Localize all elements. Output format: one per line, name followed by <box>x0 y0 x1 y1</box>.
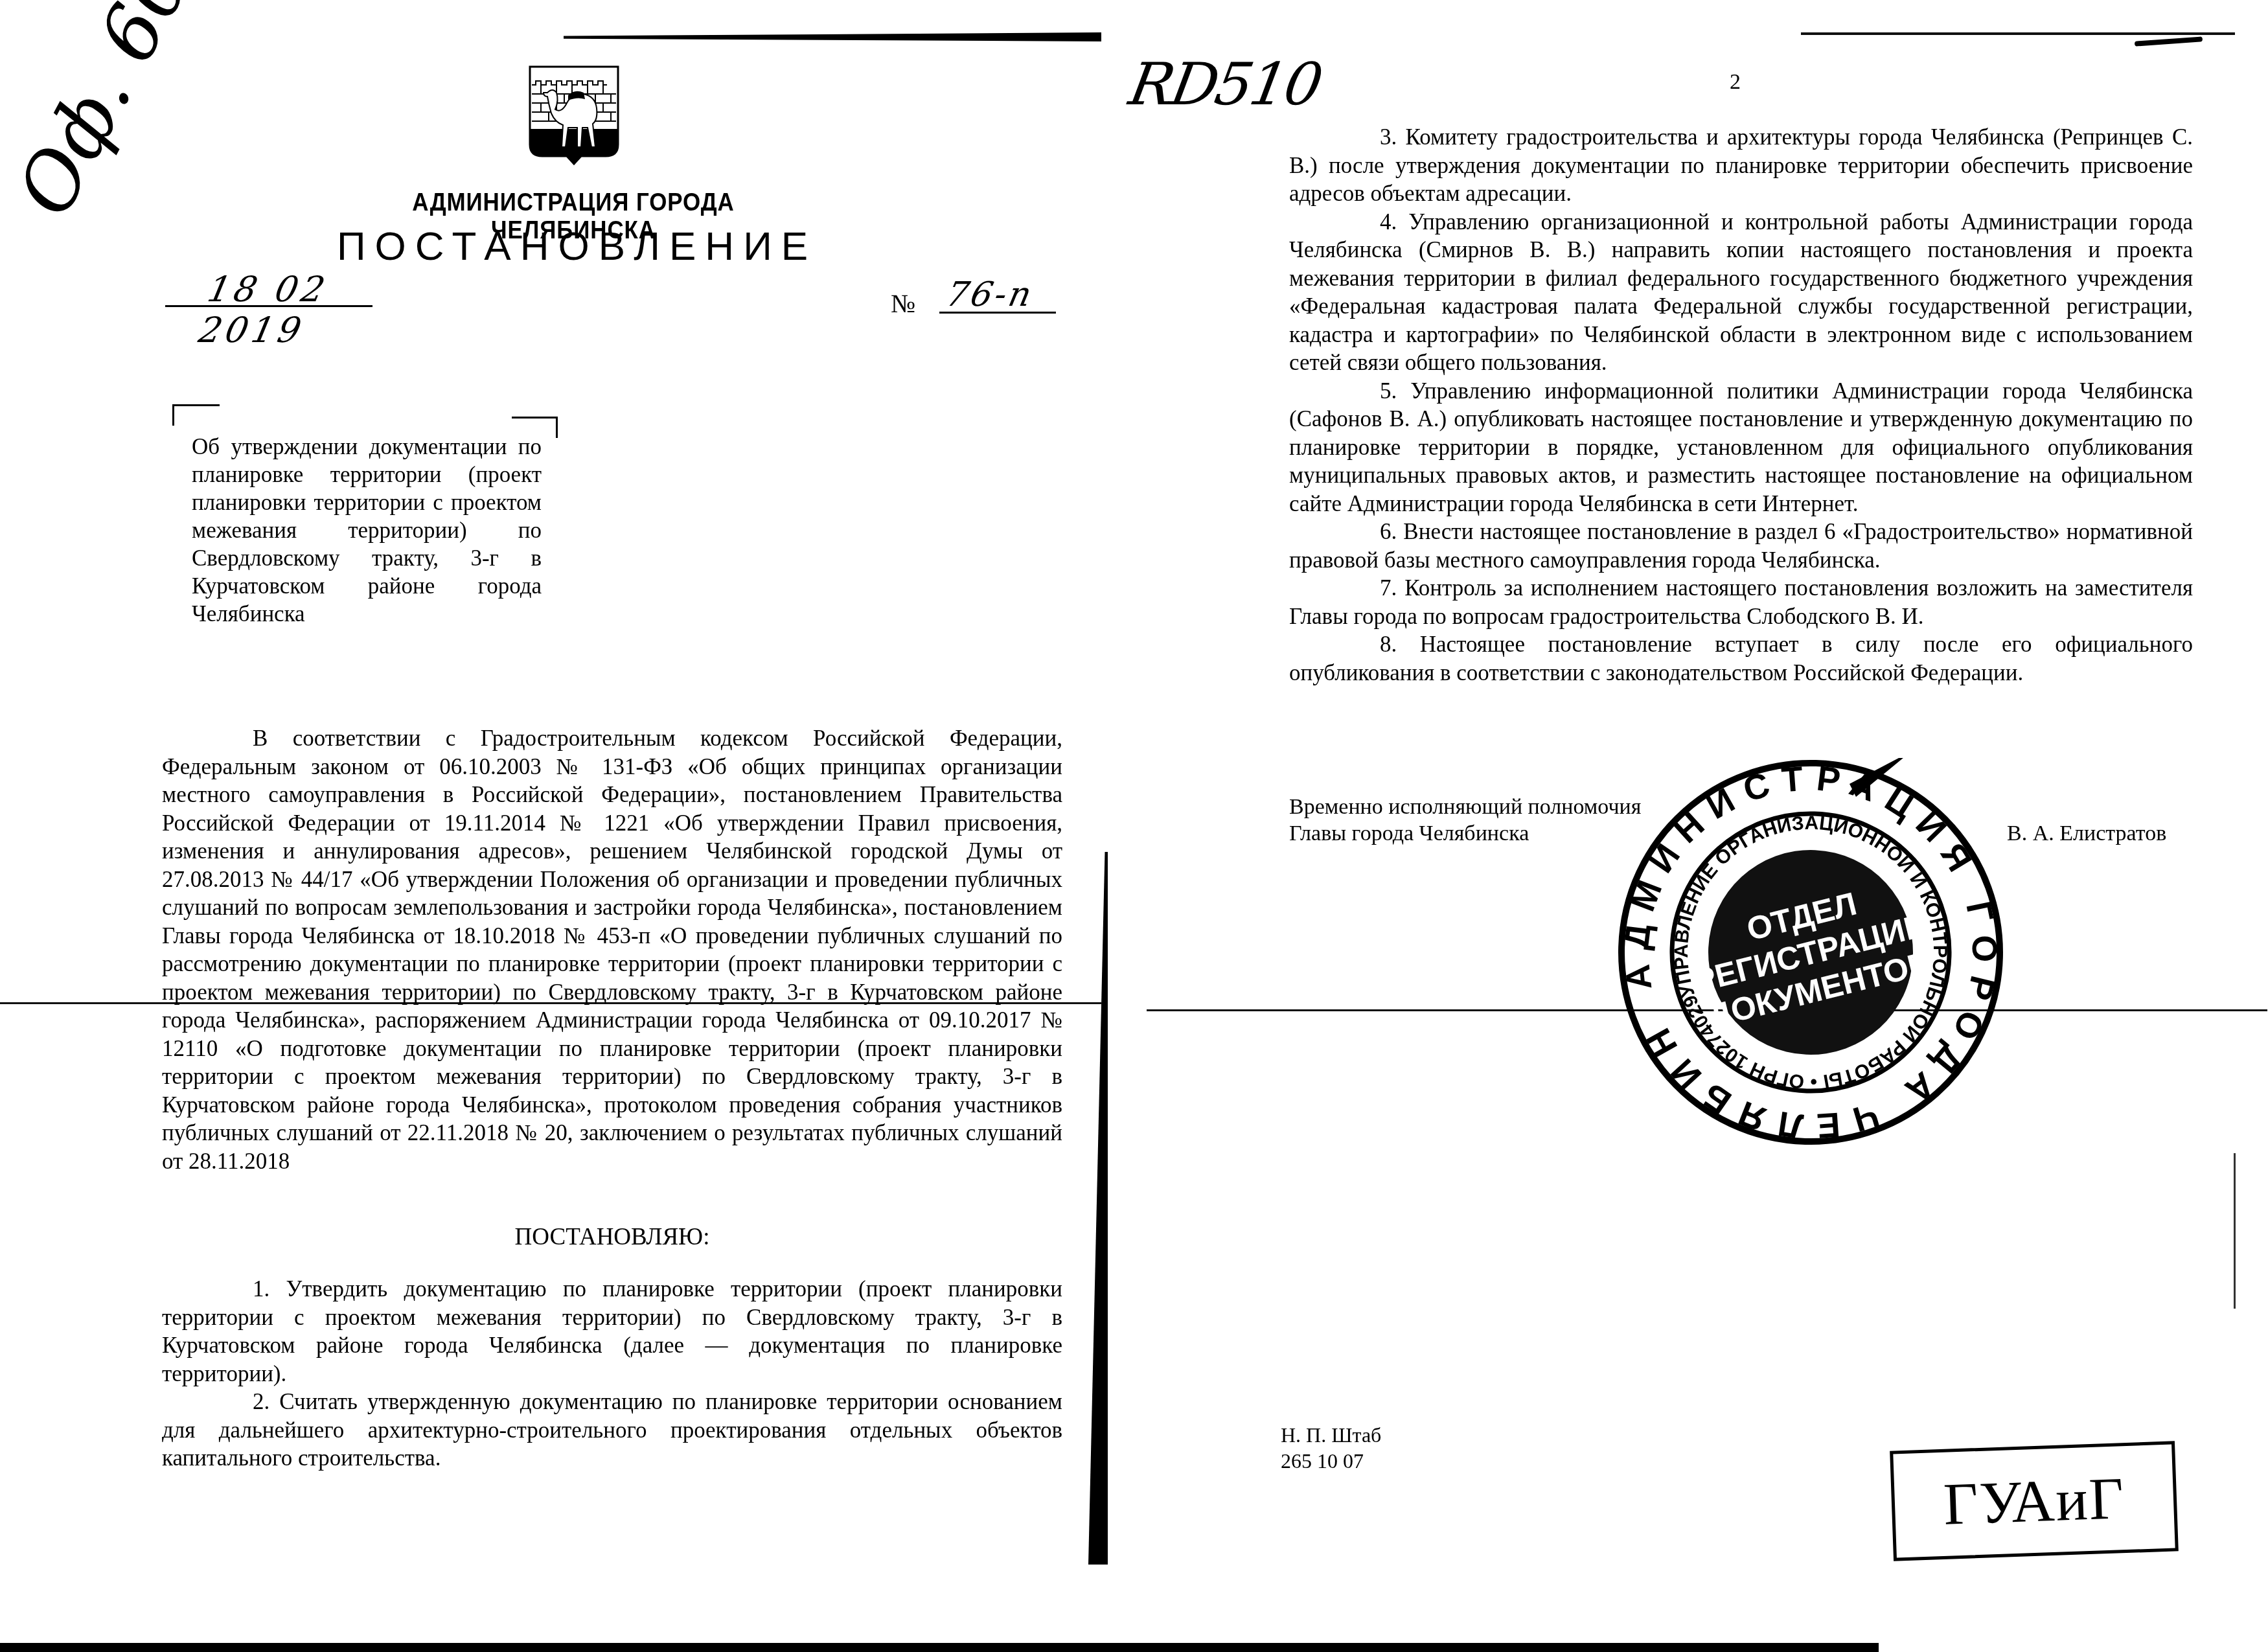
preamble-text: В соответствии с Градостроительным кодек… <box>162 724 1062 1175</box>
handwritten-registration-note: RD510 <box>1125 51 1325 119</box>
coat-of-arms-emblem <box>528 62 620 165</box>
signatory-position-line-1: Временно исполняющий полномочия <box>1289 794 1641 820</box>
title-bracket-left <box>172 404 220 426</box>
document-number-field: 76-п <box>939 275 1056 314</box>
scan-top-edge-right <box>1801 32 2235 35</box>
executor-info: Н. П. Штаб 265 10 07 <box>1281 1422 1381 1474</box>
decree-item-5: 5. Управлению информационной политики Ад… <box>1289 377 2193 518</box>
document-number-label: № <box>891 288 915 319</box>
camel-emblem-icon <box>528 62 620 165</box>
round-seal-icon: АДМИНИСТРАЦИЯ ГОРОДА ЧЕЛЯБИНСКА УПРАВЛЕН… <box>1616 758 2005 1147</box>
page-number: 2 <box>1730 70 1741 95</box>
decree-item-1: 1. Утвердить документацию по планировке … <box>162 1275 1062 1388</box>
document-date: 18 02 2019 <box>157 269 382 350</box>
pen-stroke-top-right <box>2135 36 2203 46</box>
scan-bottom-edge <box>0 1643 1879 1652</box>
document-type-heading: ПОСТАНОВЛЕНИЕ <box>337 224 810 270</box>
preamble: В соответствии с Градостроительным кодек… <box>162 724 1062 1175</box>
decree-items-left: 1. Утвердить документацию по планировке … <box>162 1275 1062 1473</box>
decree-item-7: 7. Контроль за исполнением настоящего по… <box>1289 574 2193 630</box>
scan-right-edge <box>2234 1153 2236 1309</box>
decree-item-8: 8. Настоящее постановление вступает в си… <box>1289 630 2193 687</box>
signatory-position: Временно исполняющий полномочия Главы го… <box>1289 794 1641 847</box>
signatory-name: В. А. Елистратов <box>2007 821 2166 846</box>
document-number: 76-п <box>935 275 1038 314</box>
scan-top-edge-left <box>564 32 1101 41</box>
official-seal: АДМИНИСТРАЦИЯ ГОРОДА ЧЕЛЯБИНСКА УПРАВЛЕН… <box>1616 758 2005 1147</box>
executor-name: Н. П. Штаб <box>1281 1422 1381 1448</box>
decree-item-6: 6. Внести настоящее постановление в разд… <box>1289 518 2193 574</box>
decree-items-right: 3. Комитету градостроительства и архитек… <box>1289 123 2193 687</box>
handwritten-note-top-left: Оф. 60 11 <box>0 0 266 230</box>
department-box-stamp-text: ГУАиГ <box>1942 1463 2125 1539</box>
signatory-position-line-2: Главы города Челябинска <box>1289 820 1641 847</box>
decree-item-3: 3. Комитету градостроительства и архитек… <box>1289 123 2193 208</box>
document-date-field: 18 02 2019 <box>165 269 372 307</box>
document-title: Об утверждении документации по планировк… <box>192 433 542 628</box>
department-box-stamp: ГУАиГ <box>1890 1441 2179 1561</box>
decree-word: ПОСТАНОВЛЯЮ: <box>162 1223 1062 1251</box>
executor-phone: 265 10 07 <box>1281 1448 1381 1474</box>
decree-item-4: 4. Управлению организационной и контроль… <box>1289 208 2193 377</box>
page-fold-shadow <box>1088 852 1108 1565</box>
decree-item-2: 2. Считать утвержденную документацию по … <box>162 1388 1062 1473</box>
